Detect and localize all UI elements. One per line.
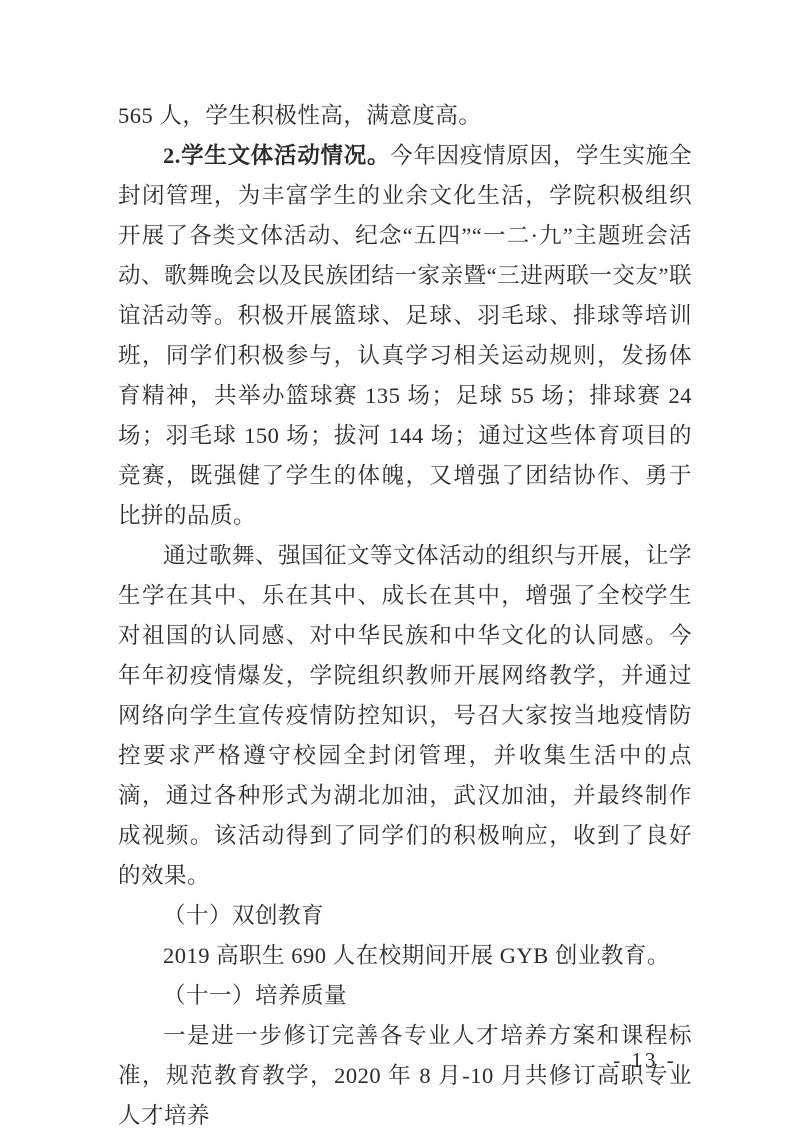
paragraph-carryover: 565 人，学生积极性高，满意度高。: [118, 96, 692, 136]
paragraph-activities-text: 今年因疫情原因，学生实施全封闭管理，为丰富学生的业余文化生活，学院积极组织开展了…: [118, 143, 692, 528]
paragraph-gyb-education: 2019 高职生 690 人在校期间开展 GYB 创业教育。: [118, 936, 692, 976]
paragraph-student-activities: 2.学生文体活动情况。今年因疫情原因，学生实施全封闭管理，为丰富学生的业余文化生…: [118, 136, 692, 536]
document-body: 565 人，学生积极性高，满意度高。 2.学生文体活动情况。今年因疫情原因，学生…: [118, 96, 692, 1131]
heading-peiyang-quality: （十一）培养质量: [118, 976, 692, 1016]
document-page: { "page": { "background": "#ffffff", "te…: [0, 0, 800, 1131]
paragraph-culture-activities: 通过歌舞、强国征文等文体活动的组织与开展，让学生学在其中、乐在其中、成长在其中，…: [118, 536, 692, 896]
paragraph-activities-lead: 2.学生文体活动情况。: [163, 143, 390, 168]
heading-shuangchuang-education: （十）双创教育: [118, 896, 692, 936]
page-number: - 13 -: [598, 1045, 692, 1075]
